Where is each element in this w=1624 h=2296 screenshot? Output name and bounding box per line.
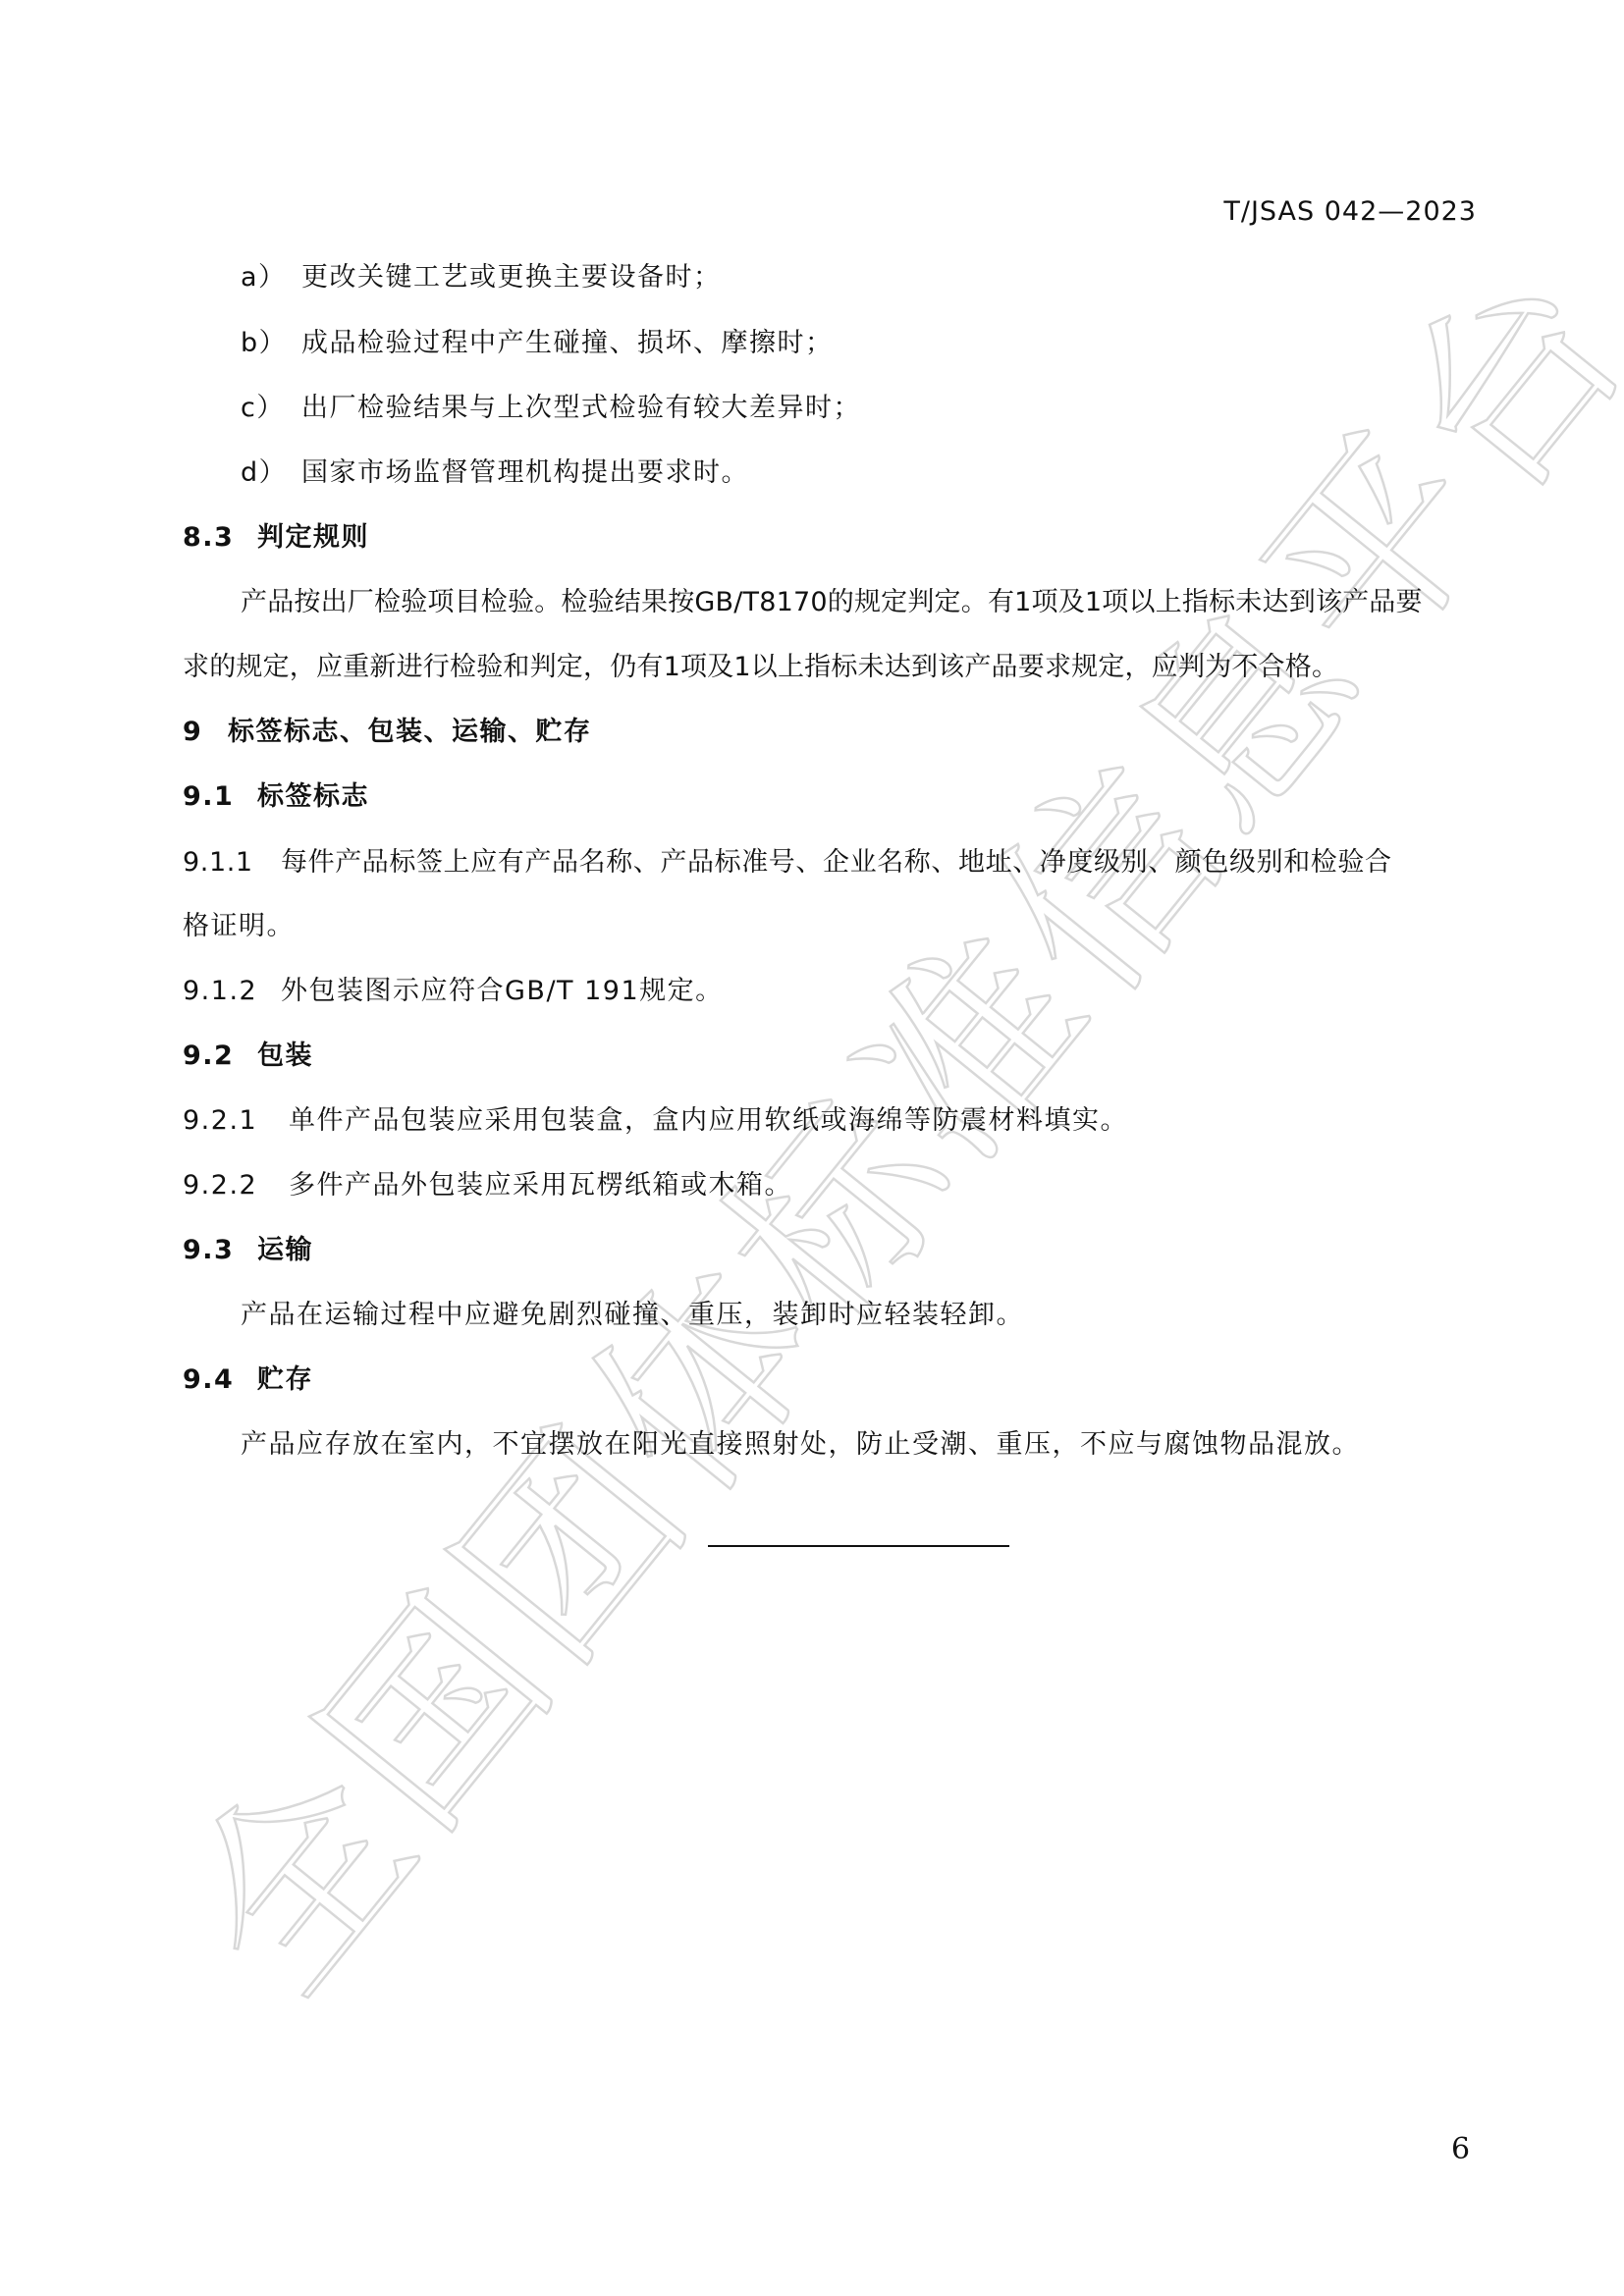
list-item-text: 更改关键工艺或更换主要设备时； bbox=[301, 262, 722, 293]
section-number: 9.2 bbox=[183, 1039, 257, 1074]
clause-text: 多件产品外包装应采用瓦楞纸箱或木箱。 bbox=[289, 1170, 792, 1201]
list-item-label: c） bbox=[241, 391, 301, 426]
list-item: b）成品检验过程中产生碰撞、损坏、摩擦时； bbox=[241, 326, 834, 361]
list-item-label: b） bbox=[241, 326, 301, 361]
clause-text: 单件产品包装应采用包装盒，盒内应用软纸或海绵等防震材料填实。 bbox=[289, 1105, 1128, 1136]
document-page: 全国团体标准信息平台 T/JSAS 042—2023 a）更改关键工艺或更换主要… bbox=[0, 0, 1624, 2296]
section-number: 9.3 bbox=[183, 1233, 257, 1268]
section-title: 标签标志 bbox=[257, 781, 369, 812]
list-item: d）国家市场监督管理机构提出要求时。 bbox=[241, 455, 749, 491]
paragraph-line: 产品应存放在室内，不宜摆放在阳光直接照射处，防止受潮、重压，不应与腐蚀物品混放。 bbox=[241, 1427, 1360, 1463]
list-item-text: 国家市场监督管理机构提出要求时。 bbox=[301, 457, 749, 488]
list-item-text: 成品检验过程中产生碰撞、损坏、摩擦时； bbox=[301, 328, 834, 358]
section-heading-9-4: 9.4贮存 bbox=[183, 1362, 313, 1398]
section-number: 8.3 bbox=[183, 520, 257, 556]
clause-number: 9.2.2 bbox=[183, 1168, 289, 1203]
section-title: 标签标志、包装、运输、贮存 bbox=[228, 717, 592, 747]
section-heading-9-3: 9.3运输 bbox=[183, 1233, 313, 1268]
section-title: 包装 bbox=[257, 1041, 313, 1071]
page-number: 6 bbox=[1451, 2132, 1470, 2166]
paragraph-line: 求的规定，应重新进行检验和判定，仍有1项及1以上指标未达到该产品要求规定，应判为… bbox=[183, 650, 1338, 685]
end-of-document-rule bbox=[708, 1545, 1009, 1547]
clause-9-2-1: 9.2.1单件产品包装应采用包装盒，盒内应用软纸或海绵等防震材料填实。 bbox=[183, 1103, 1128, 1139]
section-number: 9.4 bbox=[183, 1362, 257, 1398]
list-item-text: 出厂检验结果与上次型式检验有较大差异时； bbox=[301, 393, 861, 423]
clause-number: 9.2.1 bbox=[183, 1103, 289, 1139]
list-item-label: a） bbox=[241, 260, 301, 295]
section-number: 9 bbox=[183, 715, 228, 750]
section-title: 贮存 bbox=[257, 1364, 313, 1395]
clause-text: 每件产品标签上应有产品名称、产品标准号、企业名称、地址、净度级别、颜色级别和检验… bbox=[281, 847, 1392, 878]
clause-number: 9.1.1 bbox=[183, 845, 281, 881]
list-item-label: d） bbox=[241, 455, 301, 491]
section-title: 运输 bbox=[257, 1235, 313, 1265]
clause-text: 外包装图示应符合GB/T 191规定。 bbox=[281, 976, 724, 1006]
list-item: c）出厂检验结果与上次型式检验有较大差异时； bbox=[241, 391, 861, 426]
standard-number-header: T/JSAS 042—2023 bbox=[1223, 196, 1477, 227]
clause-continuation: 格证明。 bbox=[183, 909, 295, 944]
section-heading-9-2: 9.2包装 bbox=[183, 1039, 313, 1074]
list-item: a）更改关键工艺或更换主要设备时； bbox=[241, 260, 722, 295]
clause-9-1-1: 9.1.1每件产品标签上应有产品名称、产品标准号、企业名称、地址、净度级别、颜色… bbox=[183, 845, 1392, 881]
paragraph-line: 产品按出厂检验项目检验。检验结果按GB/T8170的规定判定。有1项及1项以上指… bbox=[241, 585, 1423, 620]
section-title: 判定规则 bbox=[257, 522, 369, 553]
clause-9-1-2: 9.1.2外包装图示应符合GB/T 191规定。 bbox=[183, 974, 724, 1009]
clause-9-2-2: 9.2.2多件产品外包装应采用瓦楞纸箱或木箱。 bbox=[183, 1168, 792, 1203]
section-number: 9.1 bbox=[183, 779, 257, 815]
section-heading-9: 9标签标志、包装、运输、贮存 bbox=[183, 715, 592, 750]
clause-number: 9.1.2 bbox=[183, 974, 281, 1009]
section-heading-9-1: 9.1标签标志 bbox=[183, 779, 369, 815]
paragraph-line: 产品在运输过程中应避免剧烈碰撞、重压，装卸时应轻装轻卸。 bbox=[241, 1298, 1024, 1333]
section-heading-8-3: 8.3判定规则 bbox=[183, 520, 369, 556]
